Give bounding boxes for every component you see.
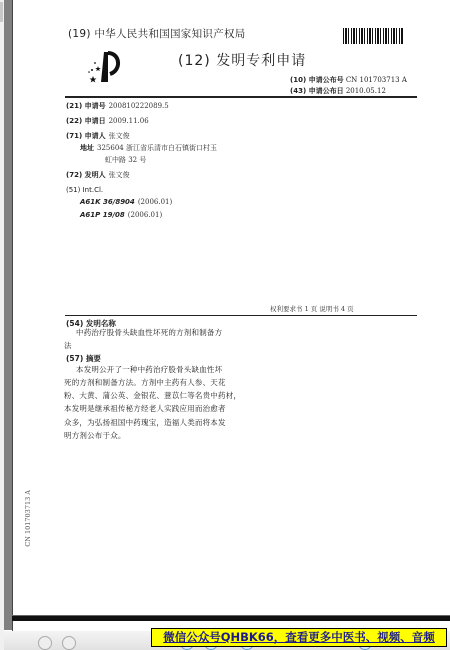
application-number-field: (21) 申请号200810222089.5 <box>66 101 169 111</box>
scrollbar-thumb[interactable] <box>0 2 3 22</box>
applicant-value: 张文俊 <box>109 132 130 140</box>
pub-date-label: (43) 申请公布日 <box>290 87 344 95</box>
cnipa-logo-icon <box>86 48 126 84</box>
app-no-value: 200810222089.5 <box>109 102 169 110</box>
applicant-label: (71) 申请人 <box>66 132 106 140</box>
abstract-line: 明方剂公布于众。 <box>64 429 244 443</box>
intcl-label-field: (51) Int.Cl. <box>66 186 103 194</box>
ipc1-code: A61K 36/8904 <box>80 198 135 206</box>
watermark-banner: 微信公众号QHBK66，查看更多中医书、视频、音频 <box>151 628 447 647</box>
inventor-value: 张文俊 <box>109 171 130 179</box>
abstract-line: 死的方剂和制备方法。方剂中主药有人参、天花 <box>64 376 244 390</box>
side-publication-number: CN 101703713 A <box>24 490 32 547</box>
address-line2: 虹中路 32 号 <box>102 155 146 165</box>
abstract-line: 本发明是继承祖传秘方经老人实践应用而治愈者 <box>64 402 244 416</box>
pub-number: CN 101703713 A <box>346 76 407 84</box>
address-line1: 325604 浙江省乐清市白石镇街口村玉 <box>97 144 217 152</box>
app-date-label: (22) 申请日 <box>66 117 106 125</box>
intcl-label: (51) Int.Cl. <box>66 186 103 194</box>
invention-title-line2: 法 <box>64 339 244 353</box>
invention-title-line1: 中药治疗股骨头缺血性坏死的方剂和制备方 <box>64 326 244 340</box>
ipc-class-1: A61K 36/8904(2006.01) <box>80 198 172 206</box>
viewer-background <box>4 0 12 630</box>
ipc1-version: (2006.01) <box>138 198 172 206</box>
address-line2-text: 虹中路 32 号 <box>105 156 146 164</box>
barcode-icon <box>343 28 403 44</box>
section-divider <box>65 315 417 316</box>
address-field: 地址325604 浙江省乐清市白石镇街口村玉 <box>80 143 217 153</box>
application-date-field: (22) 申请日2009.11.06 <box>66 116 149 126</box>
ipc2-version: (2006.01) <box>128 211 162 219</box>
abstract-line: 本发明公开了一种中药治疗股骨头缺血性坏 <box>64 363 244 377</box>
page-count-note: 权利要求书 1 页 说明书 4 页 <box>270 304 354 313</box>
inventor-label: (72) 发明人 <box>66 171 106 179</box>
app-date-value: 2009.11.06 <box>109 117 149 125</box>
applicant-field: (71) 申请人张文俊 <box>66 131 130 141</box>
patent-office-header: (19) 中华人民共和国国家知识产权局 <box>68 26 246 41</box>
app-no-label: (21) 申请号 <box>66 102 106 110</box>
header-divider <box>65 96 417 98</box>
document-type-title: (12) 发明专利申请 <box>178 50 306 70</box>
pub-number-label: (10) 申请公布号 <box>290 76 344 84</box>
pub-date: 2010.05.12 <box>346 87 386 95</box>
abstract-line: 粉、大黄、蒲公英、金银花、薏苡仁等名贵中药材， <box>64 389 244 403</box>
address-label: 地址 <box>80 144 94 152</box>
ipc-class-2: A61P 19/08(2006.01) <box>80 211 162 219</box>
nav-forward-button[interactable] <box>62 636 76 650</box>
inventor-field: (72) 发明人张文俊 <box>66 170 130 180</box>
nav-back-button[interactable] <box>38 636 52 650</box>
ipc2-code: A61P 19/08 <box>80 211 125 219</box>
publication-info: (10) 申请公布号 CN 101703713 A (43) 申请公布日 201… <box>290 75 407 97</box>
abstract-line: 众多，为弘扬祖国中药瑰宝，造福人类而将本发 <box>64 416 244 430</box>
